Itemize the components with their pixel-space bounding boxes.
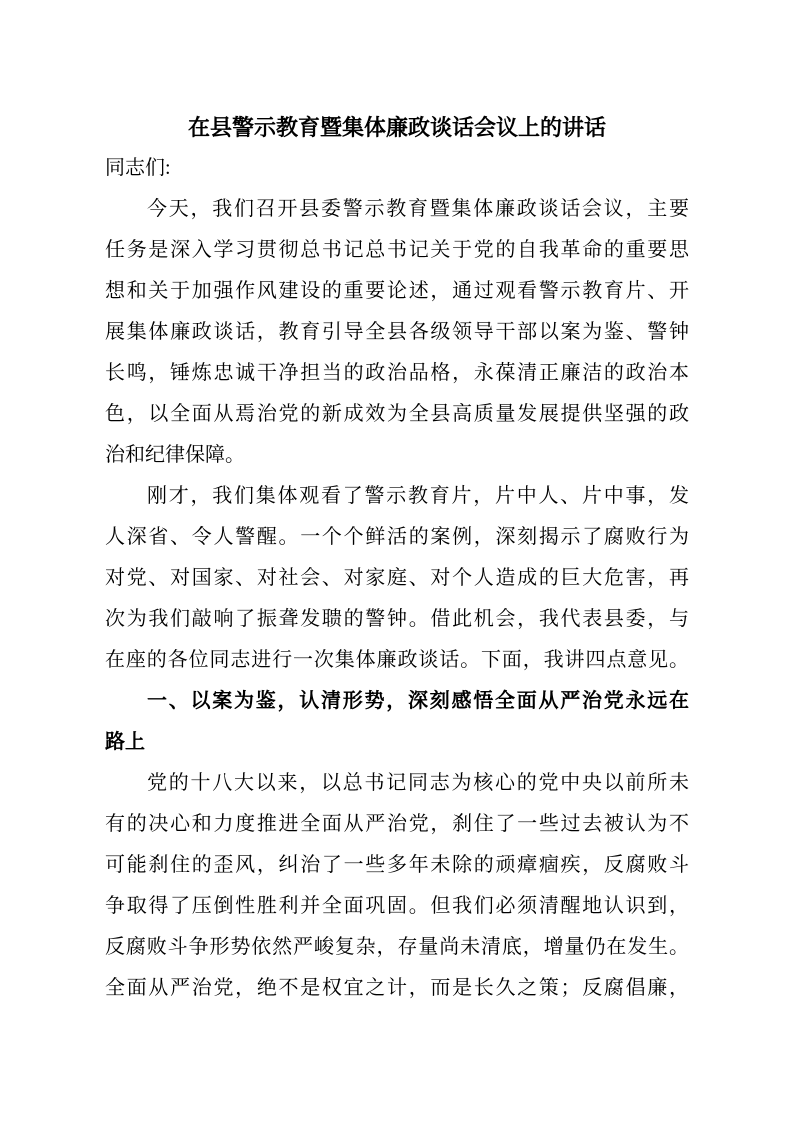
body-line: 反腐败斗争形势依然严峻复杂，存量尚未清底，增量仍在发生。 — [105, 927, 689, 968]
body-line: 色，以全面从焉治党的新成效为全县高质量发展提供坚强的政 — [105, 394, 689, 435]
document-page: 在县警示教育暨集体廉政谈话会议上的讲话 同志们: 今天，我们召开县委警示教育暨集… — [0, 0, 793, 1122]
body-line: 有的决心和力度推进全面从严治党，刹住了一些过去被认为不 — [105, 804, 689, 845]
body-line: 争取得了压倒性胜利并全面巩固。但我们必须清醒地认识到， — [105, 886, 689, 927]
section-heading-line: 一、以案为鉴，认清形势，深刻感悟全面从严治党永远在 — [105, 681, 689, 722]
body-line: 全面从严治党，绝不是权宜之计，而是长久之策；反腐倡廉， — [105, 968, 689, 1009]
body-line: 长鸣，锤炼忠诚干净担当的政治品格，永葆清正廉洁的政治本 — [105, 353, 689, 394]
document-content: 在县警示教育暨集体廉政谈话会议上的讲话 同志们: 今天，我们召开县委警示教育暨集… — [105, 107, 689, 1009]
body-line: 人深省、令人警醒。一个个鲜活的案例，深刻揭示了腐败行为 — [105, 517, 689, 558]
body-line: 党的十八大以来，以总书记同志为核心的党中央以前所未 — [105, 763, 689, 804]
body-line: 治和纪律保障。 — [105, 435, 689, 476]
body-line: 刚才，我们集体观看了警示教育片，片中人、片中事，发 — [105, 476, 689, 517]
body-line: 展集体廉政谈话，教育引导全县各级领导干部以案为鉴、警钟 — [105, 312, 689, 353]
body-line: 想和关于加强作风建设的重要论述，通过观看警示教育片、开 — [105, 271, 689, 312]
document-title: 在县警示教育暨集体廉政谈话会议上的讲话 — [105, 107, 689, 148]
section-heading-line: 路上 — [105, 722, 689, 763]
body-line: 任务是深入学习贯彻总书记总书记关于党的自我革命的重要思 — [105, 230, 689, 271]
body-line: 次为我们敲响了振聋发聩的警钟。借此机会，我代表县委，与 — [105, 599, 689, 640]
body-line: 在座的各位同志进行一次集体廉政谈话。下面，我讲四点意见。 — [105, 640, 689, 681]
salutation: 同志们: — [105, 148, 689, 189]
body-line: 今天，我们召开县委警示教育暨集体廉政谈话会议，主要 — [105, 189, 689, 230]
body-line: 对党、对国家、对社会、对家庭、对个人造成的巨大危害，再 — [105, 558, 689, 599]
body-line: 可能刹住的歪风，纠治了一些多年未除的顽瘴痼疾，反腐败斗 — [105, 845, 689, 886]
